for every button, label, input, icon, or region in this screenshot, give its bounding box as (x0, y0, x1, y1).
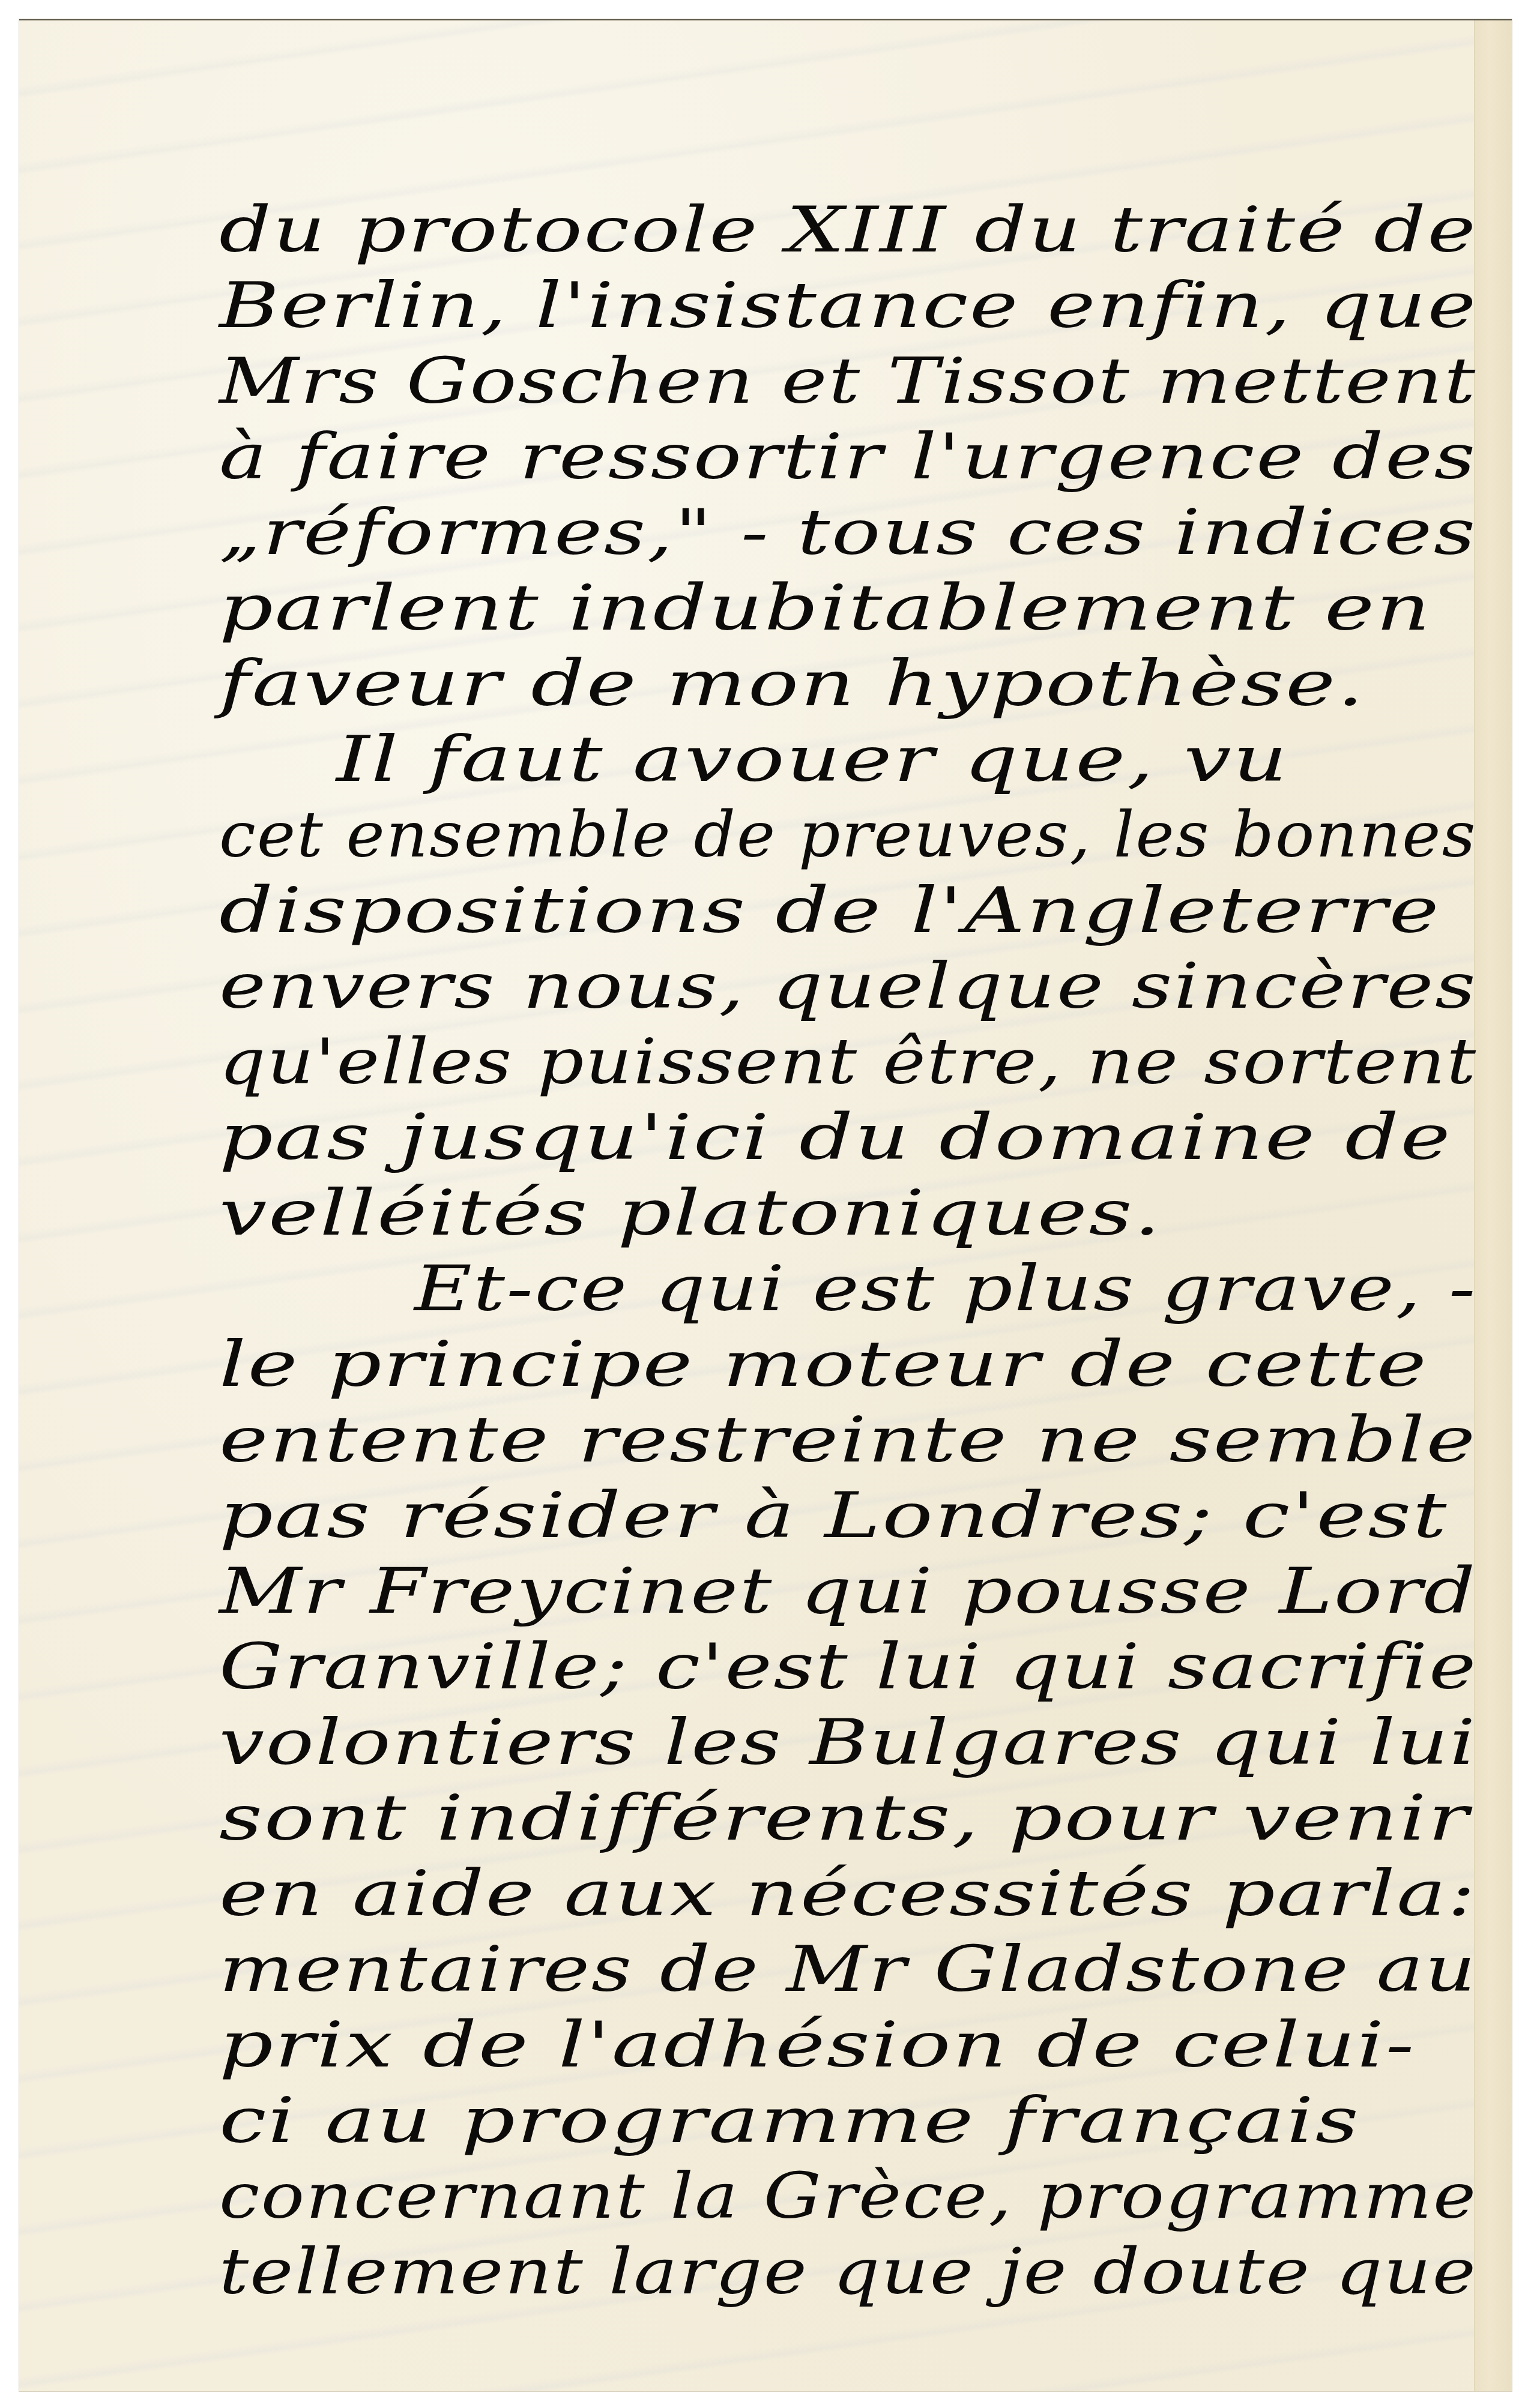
text-line-12: qu'elles puissent être, ne sortent (219, 1024, 1525, 1100)
text-line-5: „réformes," - tous ces indices (219, 495, 1525, 570)
text-line-26: ci au programme français (219, 2083, 1525, 2158)
text-line-4: à faire ressortir l'urgence des (219, 419, 1525, 495)
text-line-23: en aide aux nécessités parla: (219, 1856, 1525, 1931)
text-line-10: dispositions de l'Angleterre (219, 873, 1525, 948)
text-line-16: le principe moteur de cette (219, 1326, 1525, 1402)
text-line-17: entente restreinte ne semble (219, 1402, 1525, 1478)
text-line-25: prix de l'adhésion de celui- (219, 2007, 1525, 2083)
text-line-28: tellement large que je doute que (219, 2234, 1525, 2310)
text-line-9: cet ensemble de preuves, les bonnes (219, 797, 1525, 873)
paragraph-start-line-8: Il faut avouer que, vu (336, 721, 1525, 797)
text-line-2: Berlin, l'insistance enfin, que (219, 268, 1525, 343)
text-line-1: du protocole XIII du traité de (219, 192, 1525, 268)
paragraph-start-line-15: Et-ce qui est plus grave, - (414, 1251, 1525, 1326)
text-line-14: velléités platoniques. (219, 1175, 1525, 1251)
text-line-18: pas résider à Londres; c'est (219, 1478, 1525, 1553)
text-line-20: Granville; c'est lui qui sacrifie (219, 1629, 1525, 1705)
text-line-13: pas jusqu'ici du domaine de (219, 1100, 1525, 1175)
handwritten-text-body: du protocole XIII du traité de Berlin, l… (0, 0, 1525, 2408)
text-line-7: faveur de mon hypothèse. (219, 646, 1525, 721)
text-line-27: concernant la Grèce, programme (219, 2158, 1525, 2234)
text-line-11: envers nous, quelque sincères (219, 948, 1525, 1024)
text-line-6: parlent indubitablement en (219, 570, 1525, 646)
text-line-22: sont indifférents, pour venir (219, 1780, 1525, 1856)
text-line-19: Mr Freycinet qui pousse Lord (219, 1553, 1525, 1629)
text-line-3: Mrs Goschen et Tissot mettent (219, 343, 1525, 419)
text-line-24: mentaires de Mr Gladstone au (219, 1931, 1525, 2007)
text-line-21: volontiers les Bulgares qui lui (219, 1705, 1525, 1780)
